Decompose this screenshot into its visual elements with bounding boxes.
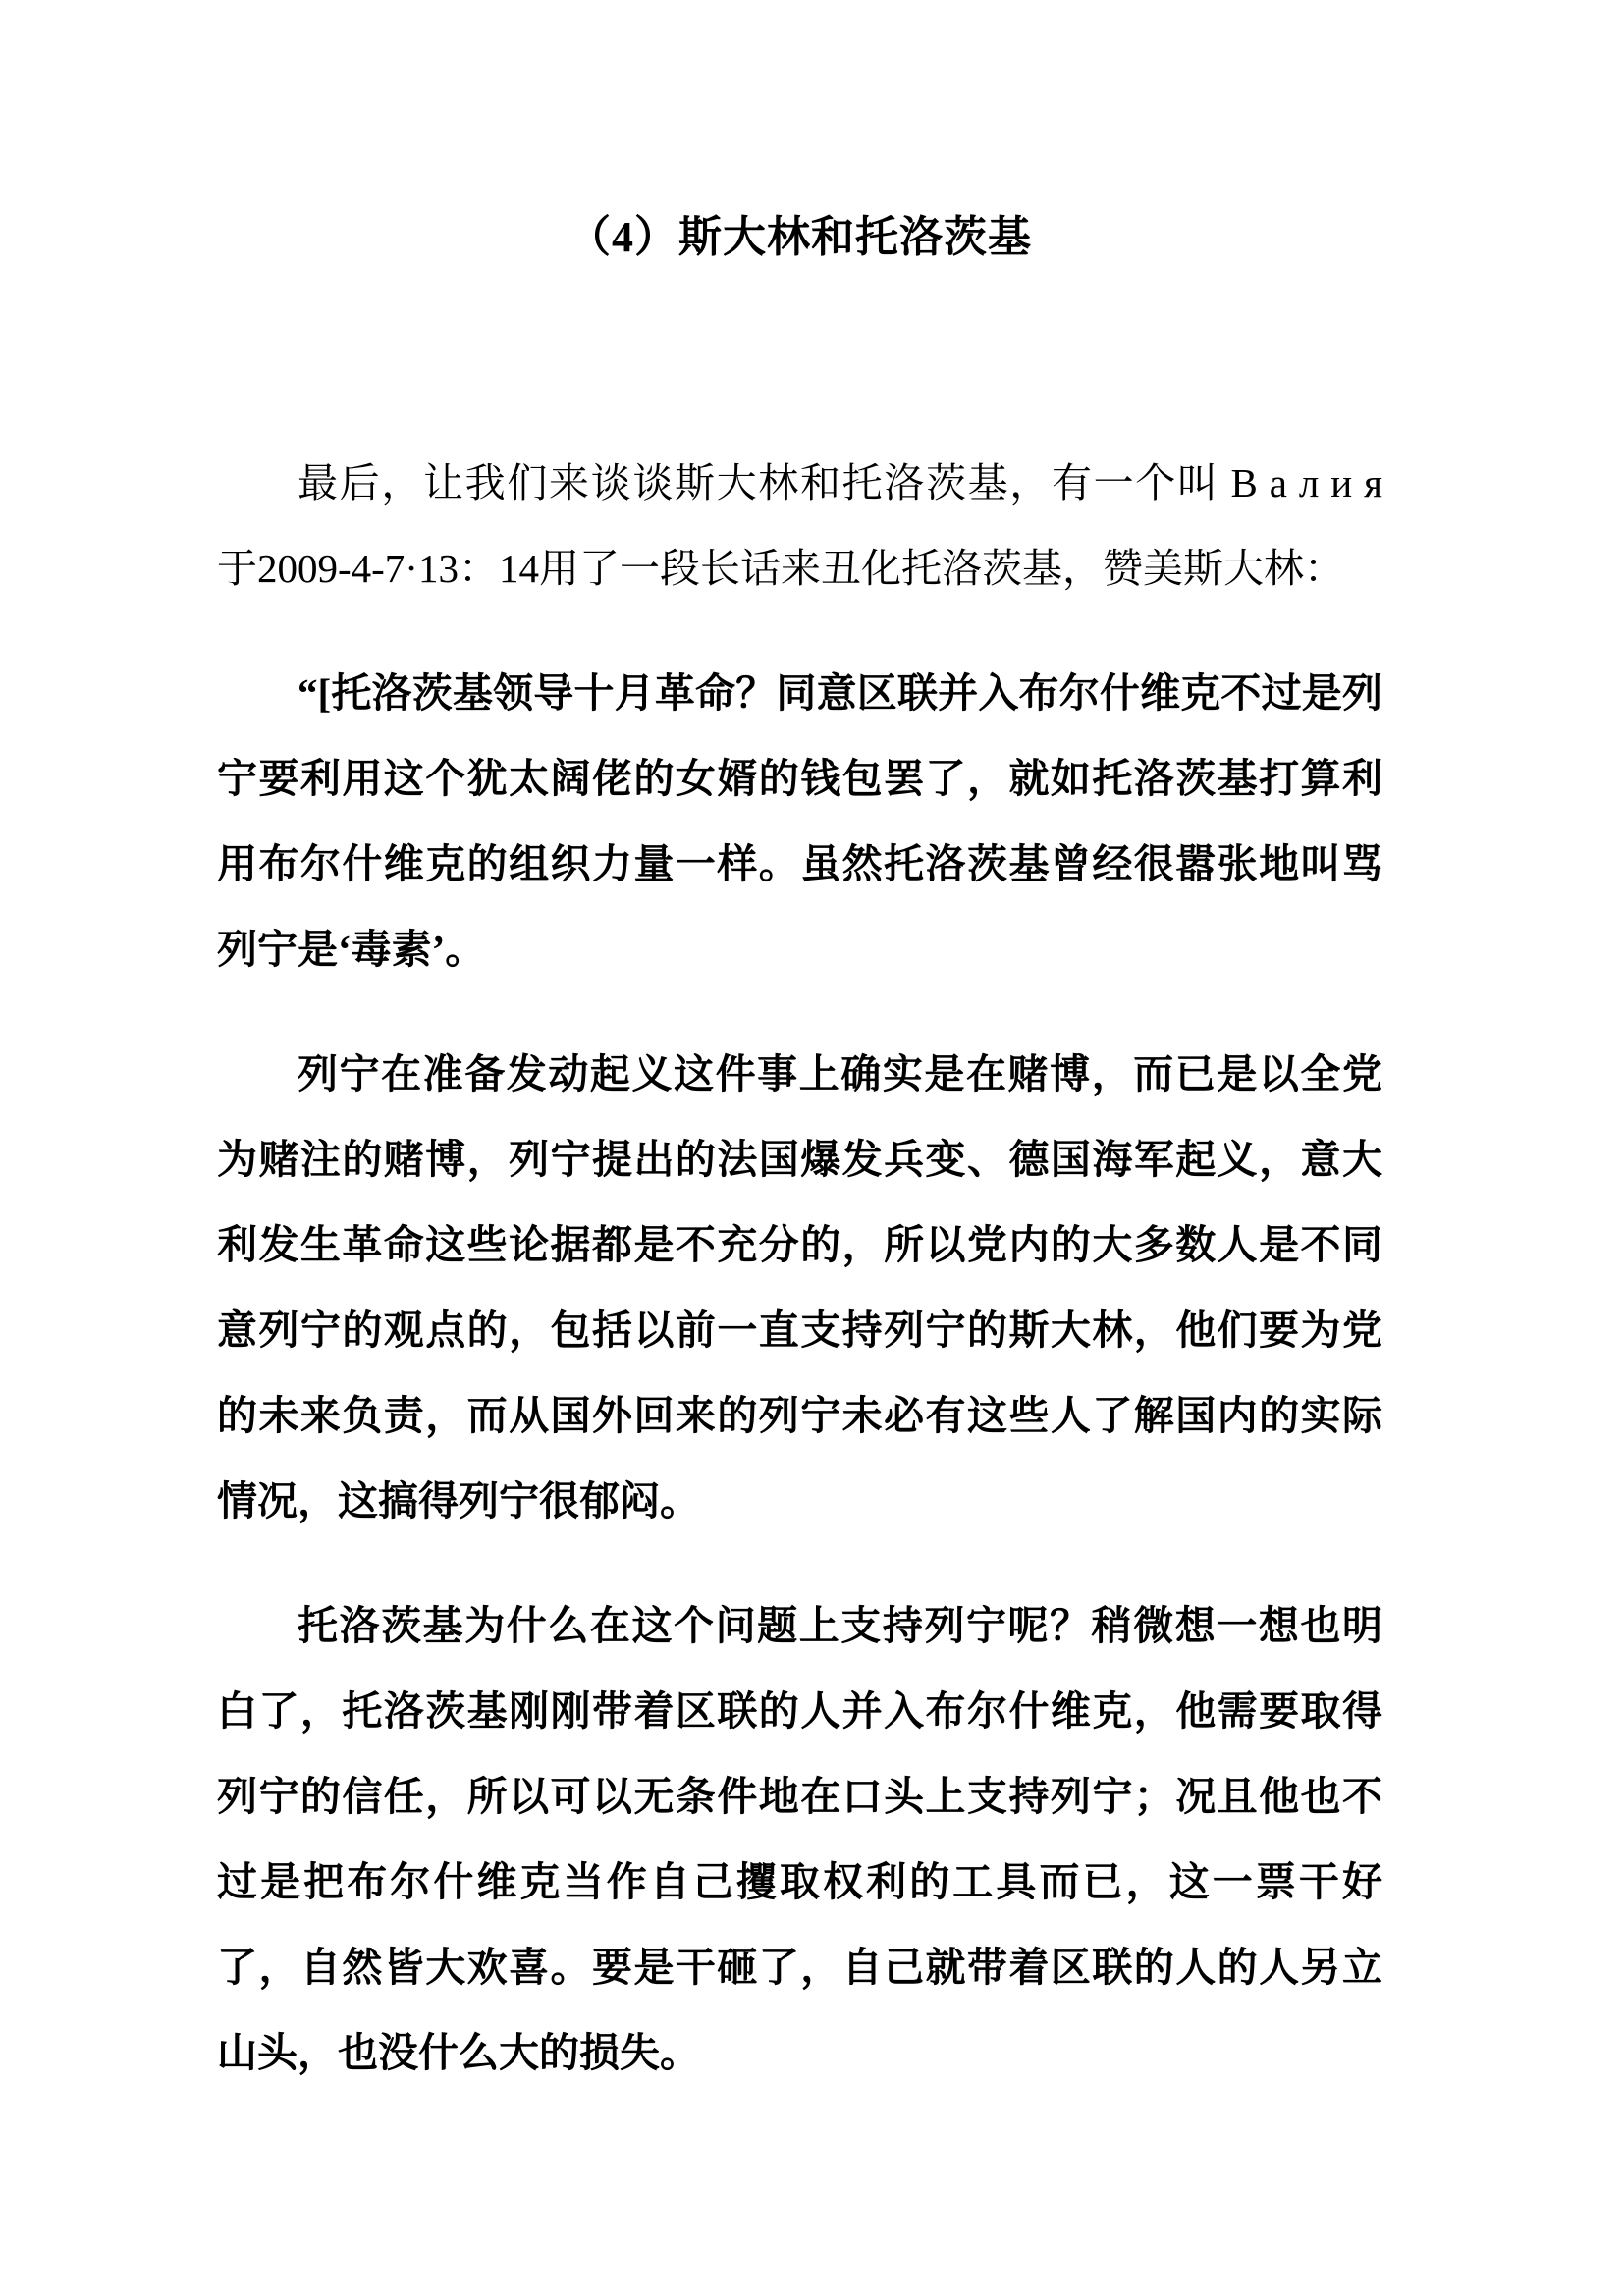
paragraph-quote-2: 列宁在准备发动起义这件事上确实是在赌博，而已是以全党为赌注的赌博，列宁提出的法国… <box>217 1032 1382 1544</box>
document-page: （4）斯大林和托洛茨基 最后，让我们来谈谈斯大林和托洛茨基，有一个叫 В а л… <box>0 0 1624 2296</box>
paragraph-quote-3: 托洛茨基为什么在这个问题上支持列宁呢？稍微想一想也明白了，托洛茨基刚刚带着区联的… <box>217 1583 1382 2096</box>
page-title: （4）斯大林和托洛茨基 <box>217 214 1382 261</box>
paragraph-quote-1: “[托洛茨基领导十月革命？同意区联并入布尔什维克不过是列宁要利用这个犹太阔佬的女… <box>217 651 1382 992</box>
paragraph-intro: 最后，让我们来谈谈斯大林和托洛茨基，有一个叫 В а л и я 于2009-4… <box>217 441 1382 612</box>
document-content: （4）斯大林和托洛茨基 最后，让我们来谈谈斯大林和托洛茨基，有一个叫 В а л… <box>0 0 1624 2296</box>
